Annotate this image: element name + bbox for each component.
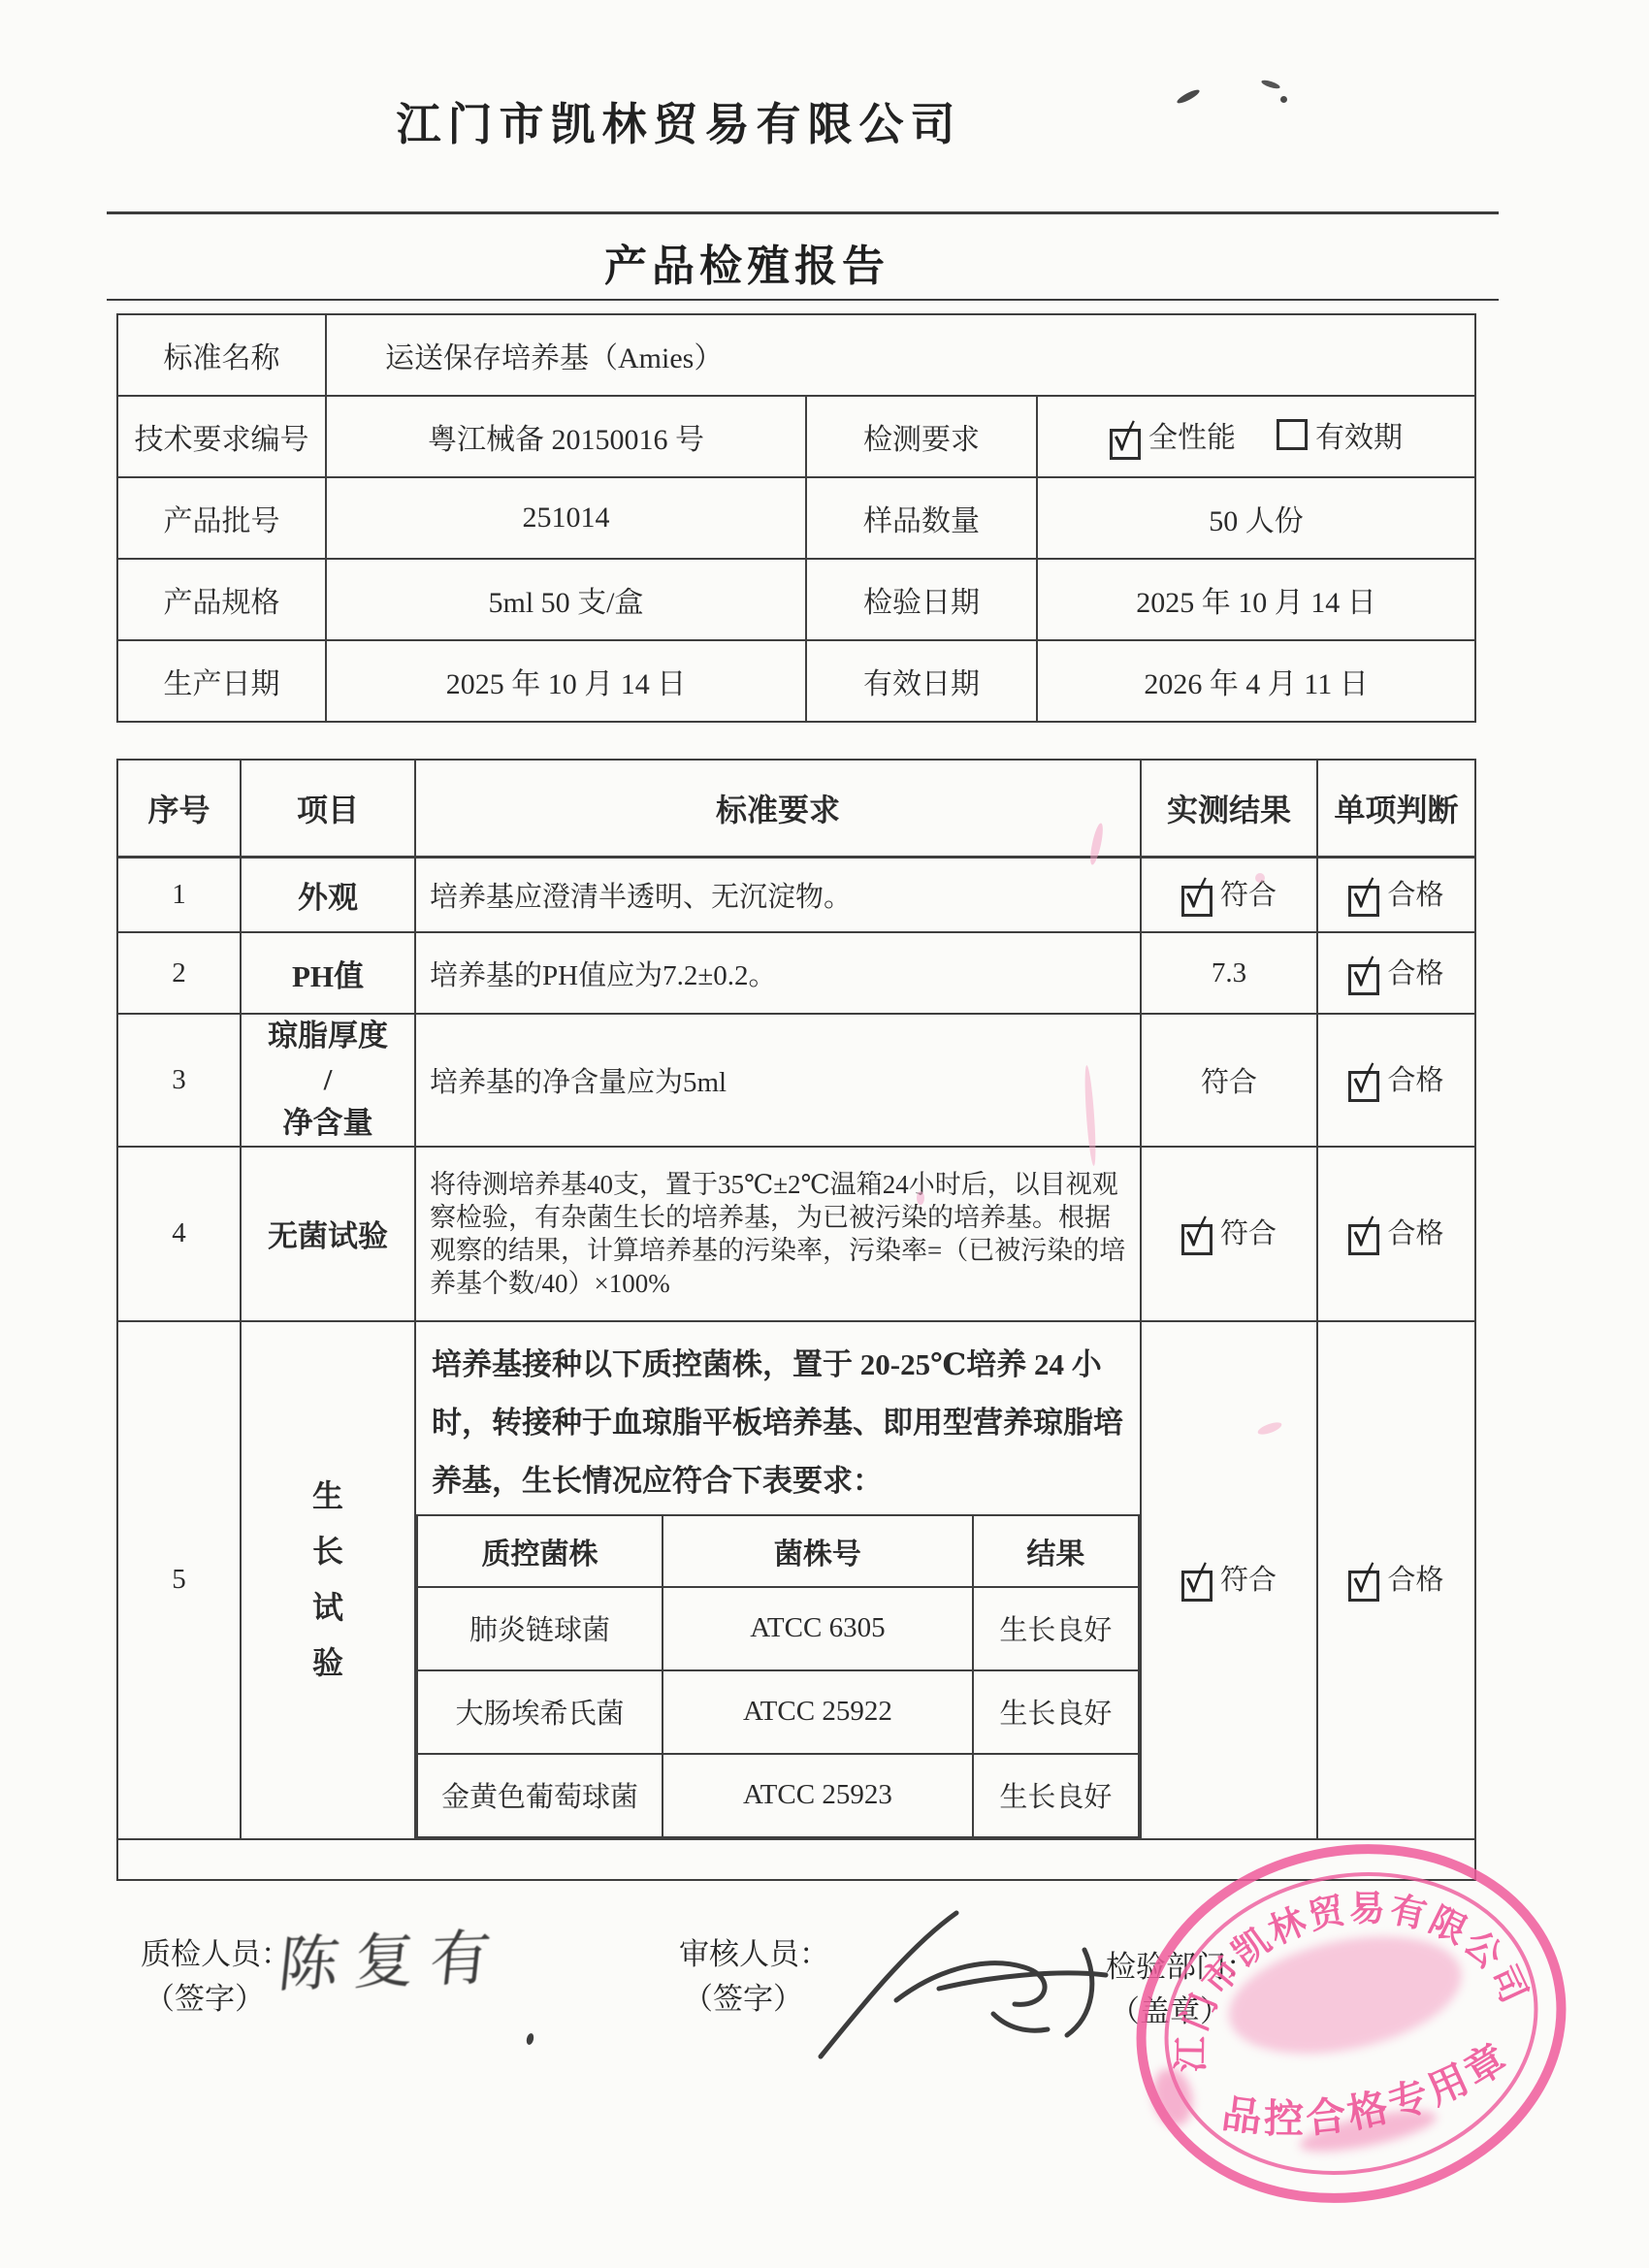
row5-no: 5: [117, 1321, 241, 1839]
row3-item: 琼脂厚度/净含量: [241, 1014, 415, 1147]
strain-row: 肺炎链球菌 ATCC 6305 生长良好: [417, 1587, 1139, 1670]
pen-mark: [1261, 79, 1281, 90]
strain-row: 大肠埃希氏菌 ATCC 25922 生长良好: [417, 1670, 1139, 1754]
row1-item: 外观: [241, 857, 415, 932]
option-full-performance: ✓全性能: [1110, 422, 1236, 454]
pen-mark: [526, 2032, 535, 2045]
header-result: 实测结果: [1141, 760, 1317, 857]
info-row-batch: 产品批号 251014 样品数量 50 人份: [117, 477, 1475, 559]
page-title: 产品检殖报告: [107, 231, 1387, 293]
inspector-sign-note: （签字）: [141, 1977, 291, 2022]
option-validity-period-label: 有效期: [1315, 422, 1403, 454]
checked-checkbox-icon: ✓: [1348, 1224, 1379, 1255]
header-judgement: 单项判断: [1317, 760, 1475, 857]
row4-result: ✓符合: [1141, 1147, 1317, 1321]
checked-checkbox-icon: ✓: [1348, 886, 1379, 917]
production-date-value: 2025 年 10 月 14 日: [326, 640, 806, 722]
row1-result: ✓符合: [1141, 857, 1317, 932]
spec-label: 产品规格: [117, 559, 326, 640]
header-item: 项目: [241, 760, 415, 857]
inspection-date-label: 检验日期: [806, 559, 1037, 640]
expiry-date-label: 有效日期: [806, 640, 1037, 722]
row2-judgement: ✓合格: [1317, 932, 1475, 1014]
strain-result-header: 结果: [973, 1515, 1139, 1587]
row5-result: ✓符合: [1141, 1321, 1317, 1839]
pink-ink-smudge: [917, 1191, 924, 1205]
row2-item: PH值: [241, 932, 415, 1014]
row3-no: 3: [117, 1014, 241, 1147]
test-requirement-options: ✓全性能有效期: [1037, 396, 1475, 477]
checked-checkbox-icon: ✓: [1110, 429, 1141, 460]
row2-result: 7.3: [1141, 932, 1317, 1014]
sample-qty-label: 样品数量: [806, 477, 1037, 559]
result-row-net-content: 3 琼脂厚度/净含量 培养基的净含量应为5ml 符合 ✓合格: [117, 1014, 1475, 1147]
batch-label: 产品批号: [117, 477, 326, 559]
row3-judgement: ✓合格: [1317, 1014, 1475, 1147]
company-name: 江门市凯林贸易有限公司: [107, 89, 1251, 153]
spec-value: 5ml 50 支/盒: [326, 559, 806, 640]
row4-item: 无菌试验: [241, 1147, 415, 1321]
header-standard: 标准要求: [415, 760, 1141, 857]
tech-requirement-label: 技术要求编号: [117, 396, 326, 477]
pink-ink-smudge: [1255, 873, 1265, 883]
row3-result: 符合: [1141, 1014, 1317, 1147]
row1-standard: 培养基应澄清半透明、无沉淀物。: [415, 857, 1141, 932]
inspector-label: 质检人员：: [141, 1932, 291, 1977]
row5-judgement: ✓合格: [1317, 1321, 1475, 1839]
inspector-signature: 陈复有: [275, 1909, 510, 2004]
result-row-growth: 5 生长试验 培养基接种以下质控菌株，置于 20-25℃培养 24 小时，转接种…: [117, 1321, 1475, 1839]
strain-header: 质控菌株: [417, 1515, 663, 1587]
expiry-date-value: 2026 年 4 月 11 日: [1037, 640, 1475, 722]
strain-header-row: 质控菌株 菌株号 结果: [417, 1515, 1139, 1587]
company-stamp: 江门市凯林贸易有限公司 品控合格专用章: [1123, 1831, 1579, 2219]
growth-test-intro: 培养基接种以下质控菌株，置于 20-25℃培养 24 小时，转接种于血琼脂平板培…: [416, 1322, 1140, 1514]
checked-checkbox-icon: ✓: [1181, 886, 1212, 917]
row2-no: 2: [117, 932, 241, 1014]
row4-standard: 将待测培养基40支，置于35℃±2℃温箱24小时后，以目视观察检验，有杂菌生长的…: [415, 1147, 1141, 1321]
header-divider: [107, 211, 1499, 214]
row1-no: 1: [117, 857, 241, 932]
strain-no-header: 菌株号: [663, 1515, 973, 1587]
pen-mark: [1280, 96, 1287, 103]
checked-checkbox-icon: ✓: [1181, 1224, 1212, 1255]
batch-value: 251014: [326, 477, 806, 559]
row5-standard: 培养基接种以下质控菌株，置于 20-25℃培养 24 小时，转接种于血琼脂平板培…: [415, 1321, 1141, 1839]
option-validity-period: 有效期: [1277, 422, 1403, 454]
checked-checkbox-icon: ✓: [1348, 1071, 1379, 1102]
sample-qty-value: 50 人份: [1037, 477, 1475, 559]
standard-name-label: 标准名称: [117, 314, 326, 396]
info-row-standard-name: 标准名称 运送保存培养基（Amies）: [117, 314, 1475, 396]
row2-standard: 培养基的PH值应为7.2±0.2。: [415, 932, 1141, 1014]
reviewer-signature-scrawl: [803, 1899, 1133, 2074]
result-row-sterility: 4 无菌试验 将待测培养基40支，置于35℃±2℃温箱24小时后，以目视观察检验…: [117, 1147, 1475, 1321]
checked-checkbox-icon: ✓: [1348, 1571, 1379, 1602]
checked-checkbox-icon: ✓: [1348, 964, 1379, 995]
info-row-spec: 产品规格 5ml 50 支/盒 检验日期 2025 年 10 月 14 日: [117, 559, 1475, 640]
checked-checkbox-icon: ✓: [1181, 1571, 1212, 1602]
row5-item: 生长试验: [241, 1321, 415, 1839]
tech-requirement-value: 粤江械备 20150016 号: [326, 396, 806, 477]
inspector-block: 质检人员： （签字）: [141, 1932, 291, 2022]
row1-judgement: ✓合格: [1317, 857, 1475, 932]
test-requirement-label: 检测要求: [806, 396, 1037, 477]
strain-sub-table: 质控菌株 菌株号 结果 肺炎链球菌 ATCC 6305 生长良好 大肠埃希氏菌 …: [416, 1514, 1140, 1838]
strain-row: 金黄色葡萄球菌 ATCC 25923 生长良好: [417, 1754, 1139, 1837]
result-row-ph: 2 PH值 培养基的PH值应为7.2±0.2。 7.3 ✓合格: [117, 932, 1475, 1014]
product-info-table: 标准名称 运送保存培养基（Amies） 技术要求编号 粤江械备 20150016…: [116, 313, 1476, 723]
unchecked-checkbox-icon: [1277, 419, 1308, 450]
inspection-results-table: 序号 项目 标准要求 实测结果 单项判断 1 外观 培养基应澄清半透明、无沉淀物…: [116, 759, 1476, 1881]
title-divider: [107, 299, 1499, 301]
option-full-performance-label: 全性能: [1148, 422, 1236, 454]
stamp-ink-smudge: [1148, 2064, 1198, 2129]
row4-no: 4: [117, 1147, 241, 1321]
inspection-date-value: 2025 年 10 月 14 日: [1037, 559, 1475, 640]
row3-standard: 培养基的净含量应为5ml: [415, 1014, 1141, 1147]
header-no: 序号: [117, 760, 241, 857]
result-row-appearance: 1 外观 培养基应澄清半透明、无沉淀物。 ✓符合 ✓合格: [117, 857, 1475, 932]
info-row-tech-requirement: 技术要求编号 粤江械备 20150016 号 检测要求 ✓全性能有效期: [117, 396, 1475, 477]
row4-judgement: ✓合格: [1317, 1147, 1475, 1321]
info-row-production-date: 生产日期 2025 年 10 月 14 日 有效日期 2026 年 4 月 11…: [117, 640, 1475, 722]
standard-name-value: 运送保存培养基（Amies）: [326, 314, 1475, 396]
results-header-row: 序号 项目 标准要求 实测结果 单项判断: [117, 760, 1475, 857]
production-date-label: 生产日期: [117, 640, 326, 722]
